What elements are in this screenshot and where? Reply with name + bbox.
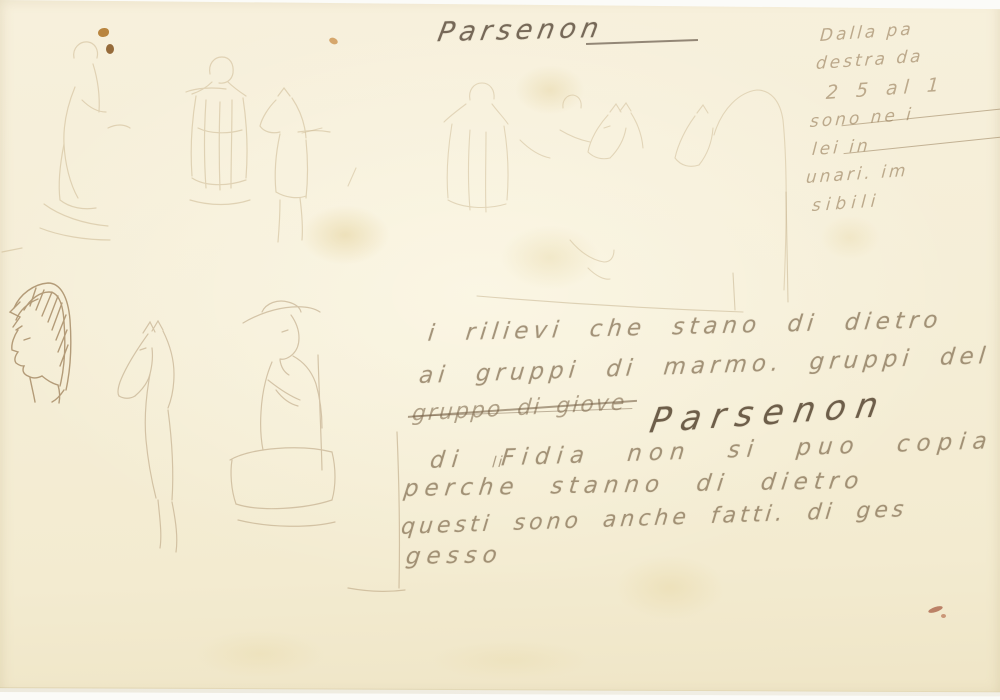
corner-note-line: Dalla pa: [819, 11, 1000, 46]
ink-stain: [941, 614, 946, 618]
note-line-1: i rilievi che stano di dietro: [427, 307, 944, 347]
note-inserted-word: li: [491, 453, 505, 472]
corner-note-line: 2 5 al 1: [825, 67, 1000, 104]
horse-and-rider-sketch: [118, 301, 405, 591]
foxing-stain: [515, 65, 585, 115]
note-line-6: questi sono anche fatti. di ges: [400, 497, 909, 540]
helmeted-head-sketch: [10, 283, 71, 403]
note-line-3-struck: gruppo di giove: [411, 390, 627, 426]
ink-stain: [328, 36, 339, 45]
foxing-stain: [615, 555, 725, 620]
note-line-2: ai gruppi di marmo. gruppi del: [418, 343, 992, 389]
panel-outline: [477, 192, 788, 312]
corner-note: Dalla pa destra da 2 5 al 1 sono ne i le…: [820, 26, 1000, 224]
note-line-4: di Fidia non si puo copia: [429, 428, 995, 474]
foxing-stain: [500, 225, 600, 290]
title-inscription: Parsenon: [435, 13, 606, 48]
ink-stain: [98, 28, 109, 37]
ink-stain: [106, 44, 114, 54]
ink-stain: [928, 605, 944, 614]
title-underline-stroke: [586, 39, 698, 45]
note-line-5: perche stanno di dietro: [402, 468, 866, 502]
note-line-7: gesso: [404, 542, 504, 570]
foxing-stain: [195, 630, 325, 678]
screenshot-root: { "document": { "kind": "scanned sketchb…: [0, 0, 1000, 700]
figure-and-horses-sketch: [302, 83, 786, 290]
note-emphasized-word: Parsenon: [647, 384, 891, 441]
figure-group-sketch-left: [2, 42, 330, 252]
struck-phrase: gruppo di giove: [411, 390, 627, 426]
foxing-stain: [430, 640, 590, 680]
scanned-page: Parsenon Dalla pa destra da 2 5 al 1 son…: [0, 0, 1000, 700]
foxing-stain: [300, 205, 390, 265]
